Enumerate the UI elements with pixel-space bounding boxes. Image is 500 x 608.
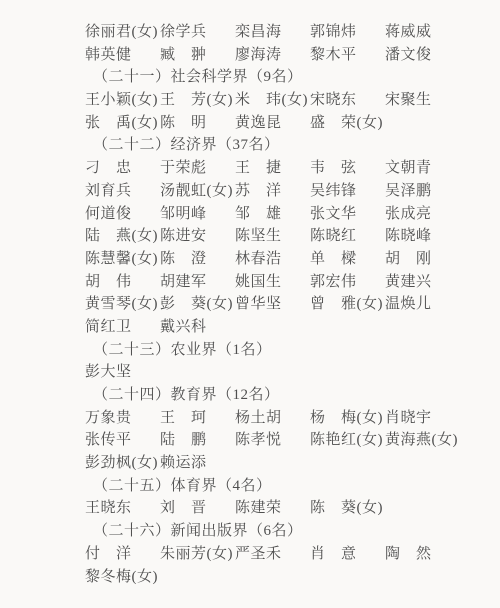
section-header: （二十五）体育界（4名） (85, 475, 490, 498)
person-name: 赖运添 (160, 452, 235, 475)
person-name: 陈孝悦 (235, 429, 310, 452)
section-header-text: （二十五）体育界（4名） (93, 478, 272, 494)
person-name: 何道俊 (85, 203, 160, 226)
person-name: 郭锦炜 (310, 21, 385, 44)
person-name: 蒋威威 (385, 21, 460, 44)
person-name: 刘育兵 (85, 180, 160, 203)
section-header-text: （二十三）农业界（1名） (93, 342, 272, 358)
name-row: 陆 燕(女)陈进安陈坚生陈晓红陈晓峰 (85, 225, 490, 248)
name-row: 简红卫戴兴科 (85, 316, 490, 339)
person-name: 邹明峰 (160, 203, 235, 226)
person-name: 王晓东 (85, 497, 160, 520)
person-name: 陈 明 (160, 112, 235, 135)
person-name: 米 玮(女) (235, 89, 310, 112)
name-row: 陈慧馨(女)陈 澄林春浩单 樑胡 刚 (85, 248, 490, 271)
name-row: 彭大坚 (85, 361, 490, 384)
person-name: 王 芳(女) (160, 89, 235, 112)
person-name: 曾华坚 (235, 293, 310, 316)
person-name: 彭大坚 (85, 361, 160, 384)
person-name: 杨 梅(女) (310, 407, 385, 430)
person-name: 陈晓红 (310, 225, 385, 248)
person-name: 刁 忠 (85, 157, 160, 180)
person-name: 于荣彪 (160, 157, 235, 180)
name-row: 王小颖(女)王 芳(女)米 玮(女)宋晓东宋聚生 (85, 89, 490, 112)
person-name: 王 捷 (235, 157, 310, 180)
person-name: 张传平 (85, 429, 160, 452)
person-name: 徐丽君(女) (85, 21, 160, 44)
person-name: 张 禹(女) (85, 112, 160, 135)
person-name: 黄雪琴(女) (85, 293, 160, 316)
name-row: 胡 伟胡建军姚国生郭宏伟黄建兴 (85, 271, 490, 294)
document-body: 徐丽君(女)徐学兵栾昌海郭锦炜蒋威威韩英健臧 翀廖海涛黎木平潘文俊（二十一）社会… (85, 21, 490, 588)
name-row: 黄雪琴(女)彭 葵(女)曾华坚曾 雅(女)温焕儿 (85, 293, 490, 316)
name-row: 韩英健臧 翀廖海涛黎木平潘文俊 (85, 44, 490, 67)
section-header: （二十四）教育界（12名） (85, 384, 490, 407)
person-name: 臧 翀 (160, 44, 235, 67)
person-name: 潘文俊 (385, 44, 460, 67)
name-row: 万象贵王 珂杨土胡杨 梅(女)肖晓宇 (85, 407, 490, 430)
person-name: 杨土胡 (235, 407, 310, 430)
name-row: 何道俊邹明峰邹 雄张文华张成亮 (85, 203, 490, 226)
person-name: 文朝青 (385, 157, 460, 180)
section-header-text: （二十六）新闻出版界（6名） (93, 523, 303, 539)
person-name: 黎木平 (310, 44, 385, 67)
section-header-text: （二十四）教育界（12名） (93, 387, 280, 403)
person-name: 胡建军 (160, 271, 235, 294)
person-name: 付 洋 (85, 543, 160, 566)
person-name: 王小颖(女) (85, 89, 160, 112)
person-name: 胡 伟 (85, 271, 160, 294)
person-name: 肖 意 (310, 543, 385, 566)
person-name: 陈建荣 (235, 497, 310, 520)
name-row: 黎冬梅(女) (85, 566, 490, 589)
person-name: 黄海燕(女) (385, 429, 460, 452)
person-name: 韩英健 (85, 44, 160, 67)
person-name: 温焕儿 (385, 293, 460, 316)
person-name: 陆 鹏 (160, 429, 235, 452)
name-row: 刁 忠于荣彪王 捷韦 弦文朝青 (85, 157, 490, 180)
person-name: 黄逸昆 (235, 112, 310, 135)
person-name: 陈慧馨(女) (85, 248, 160, 271)
person-name: 栾昌海 (235, 21, 310, 44)
person-name: 万象贵 (85, 407, 160, 430)
person-name: 简红卫 (85, 316, 160, 339)
person-name: 单 樑 (310, 248, 385, 271)
person-name: 陈 葵(女) (310, 497, 385, 520)
person-name: 胡 刚 (385, 248, 460, 271)
person-name: 林春浩 (235, 248, 310, 271)
person-name: 吴泽鹏 (385, 180, 460, 203)
person-name: 陈晓峰 (385, 225, 460, 248)
name-row: 张传平陆 鹏陈孝悦陈艳红(女)黄海燕(女) (85, 429, 490, 452)
name-row: 徐丽君(女)徐学兵栾昌海郭锦炜蒋威威 (85, 21, 490, 44)
person-name: 黎冬梅(女) (85, 566, 160, 589)
person-name: 王 珂 (160, 407, 235, 430)
person-name: 郭宏伟 (310, 271, 385, 294)
person-name: 陈 澄 (160, 248, 235, 271)
person-name: 张文华 (310, 203, 385, 226)
person-name: 吴纬锋 (310, 180, 385, 203)
person-name: 汤靓虹(女) (160, 180, 235, 203)
person-name: 严圣禾 (235, 543, 310, 566)
person-name: 徐学兵 (160, 21, 235, 44)
person-name: 彭 葵(女) (160, 293, 235, 316)
person-name: 廖海涛 (235, 44, 310, 67)
name-row: 张 禹(女)陈 明黄逸昆盛 荣(女) (85, 112, 490, 135)
person-name: 姚国生 (235, 271, 310, 294)
person-name: 苏 洋 (235, 180, 310, 203)
person-name: 宋晓东 (310, 89, 385, 112)
name-row: 付 洋朱丽芳(女)严圣禾肖 意陶 然 (85, 543, 490, 566)
section-header: （二十一）社会科学界（9名） (85, 66, 490, 89)
section-header: （二十六）新闻出版界（6名） (85, 520, 490, 543)
section-header: （二十三）农业界（1名） (85, 339, 490, 362)
person-name: 陶 然 (385, 543, 460, 566)
person-name: 朱丽芳(女) (160, 543, 235, 566)
person-name: 曾 雅(女) (310, 293, 385, 316)
name-row: 刘育兵汤靓虹(女)苏 洋吴纬锋吴泽鹏 (85, 180, 490, 203)
person-name: 韦 弦 (310, 157, 385, 180)
section-header: （二十二）经济界（37名） (85, 134, 490, 157)
section-header-text: （二十二）经济界（37名） (93, 137, 280, 153)
document-page: 徐丽君(女)徐学兵栾昌海郭锦炜蒋威威韩英健臧 翀廖海涛黎木平潘文俊（二十一）社会… (0, 0, 500, 608)
name-row: 彭劲枫(女)赖运添 (85, 452, 490, 475)
person-name: 肖晓宇 (385, 407, 460, 430)
person-name: 宋聚生 (385, 89, 460, 112)
person-name: 张成亮 (385, 203, 460, 226)
person-name: 陈进安 (160, 225, 235, 248)
section-header-text: （二十一）社会科学界（9名） (93, 69, 303, 85)
person-name: 刘 晋 (160, 497, 235, 520)
person-name: 陈坚生 (235, 225, 310, 248)
person-name: 黄建兴 (385, 271, 460, 294)
person-name: 陈艳红(女) (310, 429, 385, 452)
person-name: 邹 雄 (235, 203, 310, 226)
person-name: 戴兴科 (160, 316, 235, 339)
person-name: 彭劲枫(女) (85, 452, 160, 475)
person-name: 陆 燕(女) (85, 225, 160, 248)
person-name: 盛 荣(女) (310, 112, 385, 135)
name-row: 王晓东刘 晋陈建荣陈 葵(女) (85, 497, 490, 520)
